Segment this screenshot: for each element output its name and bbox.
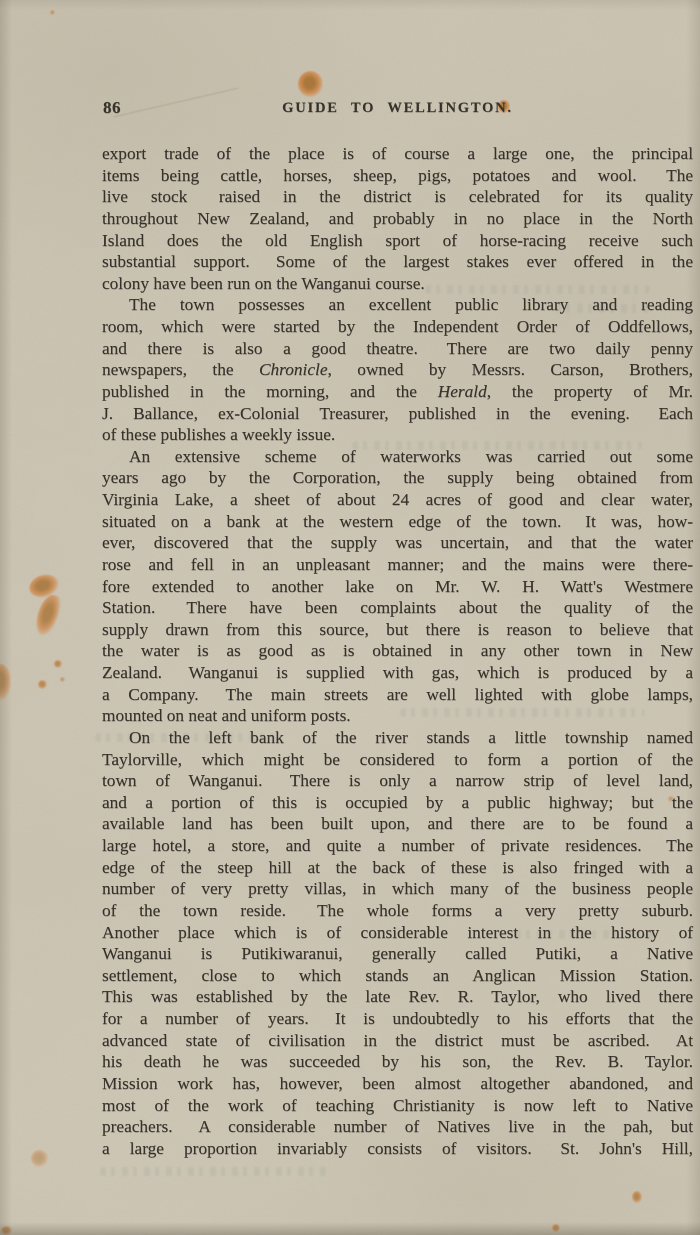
text-line: most of the work of teaching Christianit… [102, 1095, 693, 1117]
foxing-stain [1, 1226, 12, 1235]
page-number: 86 [103, 98, 121, 118]
text-line: available land has been built upon, and … [102, 813, 693, 835]
text-line: Station. There have been complaints abou… [102, 597, 693, 619]
text-line: and there is also a good theatre. There … [102, 338, 693, 360]
foxing-stain [32, 592, 64, 638]
foxing-stain [54, 660, 62, 668]
text-line: fore extended to another lake on Mr. W. … [102, 576, 693, 598]
text-line: Wanganui is Putikiwaranui, generally cal… [102, 943, 693, 965]
text-line: An extensive scheme of waterworks was ca… [102, 446, 693, 468]
text-line: throughout New Zealand, and probably in … [102, 208, 693, 230]
text-line: items being cattle, horses, sheep, pigs,… [102, 165, 693, 187]
foxing-stain [60, 677, 65, 682]
text-line: Another place which is of considerable i… [102, 922, 693, 944]
text-line: The town possesses an excellent public l… [102, 294, 693, 316]
text-line: J. Ballance, ex-Colonial Treasurer, publ… [102, 403, 693, 425]
text-line: supply drawn from this source, but there… [102, 619, 693, 641]
text-line: of the town reside. The whole forms a ve… [102, 900, 693, 922]
foxing-stain [632, 1191, 642, 1203]
text-line: published in the morning, and the Herald… [102, 381, 693, 403]
foxing-stain [552, 1224, 560, 1232]
text-line: situated on a bank at the western edge o… [102, 511, 693, 533]
text-line: export trade of the place is of course a… [102, 143, 693, 165]
text-line: live stock raised in the district is cel… [102, 186, 693, 208]
text-line: a Company. The main streets are well lig… [102, 684, 693, 706]
running-title: GUIDE TO WELLINGTON. [102, 98, 693, 118]
text-line: ever, discovered that the supply was unc… [102, 532, 693, 554]
text-line: colony have been run on the Wanganui cou… [102, 273, 693, 295]
book-page: 86 GUIDE TO WELLINGTON. export trade of … [0, 0, 700, 1235]
foxing-stain [0, 664, 11, 700]
text-line: On the left bank of the river stands a l… [102, 727, 693, 749]
text-line: Mission work has, however, been almost a… [102, 1073, 693, 1095]
foxing-stain [31, 1150, 48, 1167]
text-line: for a number of years. It is undoubtedly… [102, 1008, 693, 1030]
text-line: Taylorville, which might be considered t… [102, 749, 693, 771]
foxing-stain [38, 680, 47, 689]
text-line: Island does the old English sport of hor… [102, 230, 693, 252]
show-through-ghost-text [100, 1167, 330, 1176]
text-line: large hotel, a store, and quite a number… [102, 835, 693, 857]
page-header: 86 GUIDE TO WELLINGTON. [102, 98, 693, 118]
text-line: his death he was succeeded by his son, t… [102, 1051, 693, 1073]
text-line: preachers. A considerable number of Nati… [102, 1116, 693, 1138]
text-line: of these publishes a weekly issue. [102, 424, 693, 446]
text-line: Zealand. Wanganui is supplied with gas, … [102, 662, 693, 684]
text-line: number of very pretty villas, in which m… [102, 878, 693, 900]
text-line: the water is as good as is obtained in a… [102, 640, 693, 662]
foxing-stain [298, 71, 323, 97]
text-block: export trade of the place is of course a… [102, 143, 693, 1159]
text-line: rose and fell in an unpleasant manner; a… [102, 554, 693, 576]
text-line: room, which were started by the Independ… [102, 316, 693, 338]
text-line: and a portion of this is occupied by a p… [102, 792, 693, 814]
foxing-stain [50, 10, 55, 15]
text-line: Virginia Lake, a sheet of about 24 acres… [102, 489, 693, 511]
text-line: a large proportion invariably consists o… [102, 1138, 693, 1160]
text-line: town of Wanganui. There is only a narrow… [102, 770, 693, 792]
text-line: edge of the steep hill at the back of th… [102, 857, 693, 879]
text-line: substantial support. Some of the largest… [102, 251, 693, 273]
text-line: newspapers, the Chronicle, owned by Mess… [102, 359, 693, 381]
text-line: settlement, close to which stands an Ang… [102, 965, 693, 987]
text-line: This was established by the late Rev. R.… [102, 986, 693, 1008]
text-line: mounted on neat and uniform posts. [102, 705, 693, 727]
text-line: advanced state of civilisation in the di… [102, 1030, 693, 1052]
text-line: years ago by the Corporation, the supply… [102, 467, 693, 489]
